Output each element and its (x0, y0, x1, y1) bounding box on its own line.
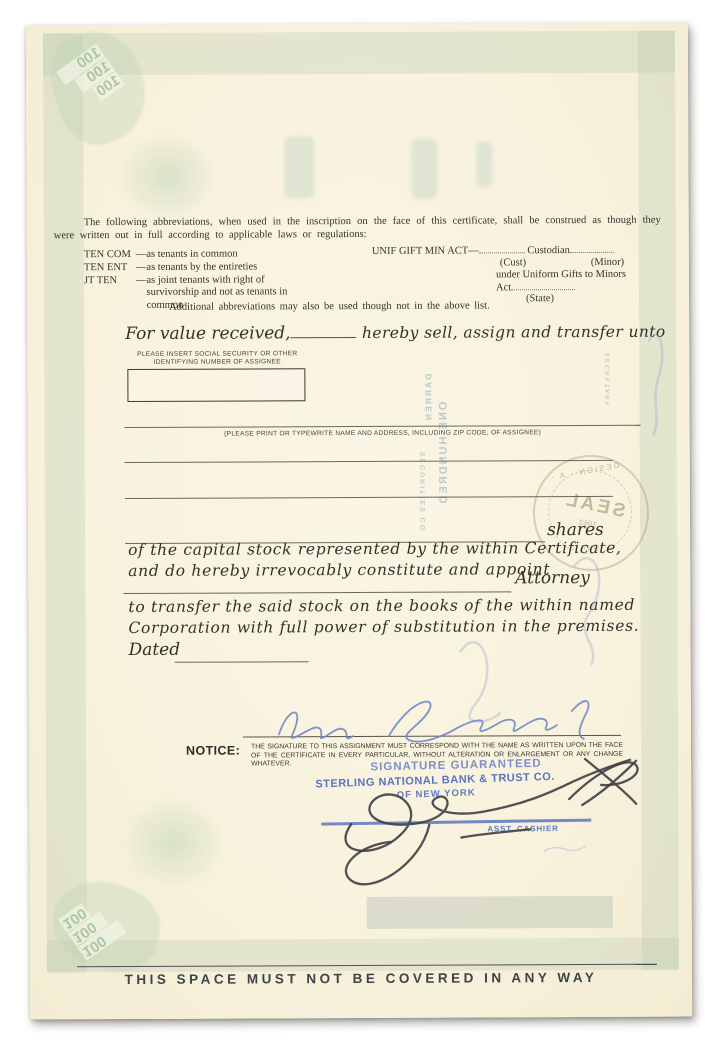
abbreviation-definition: as tenants in common (146, 249, 237, 262)
seal-arc-text: DESIGN - A - (549, 461, 621, 483)
showthrough-text-secretary: SECRETARY (605, 353, 611, 417)
assignor-blank (291, 337, 357, 338)
assignment-text-line2: and do hereby irrevocably constitute and… (128, 560, 550, 580)
for-value-received-line: For value received, hereby sell, assign … (125, 322, 665, 344)
notice-label: NOTICE: (186, 744, 240, 758)
dotted-leader (511, 281, 575, 290)
dotted-leader (479, 244, 525, 253)
seal-center-text: SEAL (561, 489, 627, 523)
showthrough-text-one-hundred: ONE HUNDRED (437, 402, 450, 527)
stamp-asst-cashier: ASST. CASHIER (487, 824, 558, 833)
showthrough-text-securities: SECURITIES CO (420, 452, 427, 538)
showthrough-border-top (43, 31, 675, 76)
assignee-address-caption: (PLEASE PRINT OR TYPEWRITE NAME AND ADDR… (125, 429, 641, 438)
abbreviation-row: TEN ENT — as tenants by the entireties (84, 261, 314, 275)
showthrough-corner-ornament-topleft (39, 20, 160, 155)
abbreviation-term: TEN COM (84, 249, 136, 262)
showthrough-lettering-smudge (284, 136, 314, 198)
dotted-leader (570, 244, 614, 253)
assignee-blank-line (125, 460, 613, 463)
act-label: Act (496, 282, 511, 293)
abbreviation-definition: as tenants by the entireties (146, 261, 257, 274)
unif-gift-min-act-block: UNIF GIFT MIN ACT— Custodian (Cust) (Min… (372, 244, 662, 245)
for-value-received-text: For value received, (125, 323, 290, 344)
abbreviation-term: TEN ENT (84, 262, 136, 275)
dash: — (136, 249, 147, 262)
showthrough-medallion-top (115, 131, 217, 223)
shares-word: shares (547, 520, 604, 540)
ssn-instruction-line2: IDENTIFYING NUMBER OF ASSIGNEE (127, 358, 307, 367)
bottom-rule (77, 964, 657, 968)
assignment-text-line3: to transfer the said stock on the books … (128, 596, 635, 616)
dated-label: Dated (129, 640, 181, 660)
showthrough-border-right (638, 31, 679, 970)
bottom-notice: THIS SPACE MUST NOT BE COVERED IN ANY WA… (30, 970, 692, 988)
dash: — (136, 275, 147, 313)
dash: — (136, 262, 147, 275)
minor-caption: (Minor) (591, 257, 624, 268)
cust-caption: (Cust) (500, 257, 526, 268)
assignor-signature-rule (243, 735, 621, 738)
showthrough-medallion-bottom (119, 795, 227, 891)
abbreviation-term: JT TEN (84, 275, 136, 314)
showthrough-border-left (43, 33, 87, 972)
custodian-label: Custodian (527, 245, 570, 256)
showthrough-border-bottom (47, 938, 679, 973)
under-uniform-gifts: under Uniform Gifts to Minors (496, 269, 626, 281)
ssn-entry-box (127, 368, 305, 402)
certificate-back-sheet: 100100100 100100100 DARREN ONE HUNDRED S… (26, 23, 692, 1020)
scanned-certificate-page: 100100100 100100100 DARREN ONE HUNDRED S… (0, 0, 720, 1043)
attorney-blank-line (123, 591, 511, 594)
showthrough-lettering-smudge (411, 139, 437, 199)
showthrough-100-ornament-bottomleft: 100100100 (58, 892, 127, 961)
showthrough-100-ornament-topleft: 100100100 (56, 44, 125, 113)
assignee-name-rule (125, 425, 641, 428)
additional-abbreviations-note: Additional abbreviations may also be use… (169, 300, 490, 312)
abbreviation-row: TEN COM — as tenants in common (84, 248, 314, 262)
assignment-text-line1: of the capital stock represented by the … (128, 539, 622, 559)
assignee-blank-line (125, 496, 613, 499)
ssn-instruction: PLEASE INSERT SOCIAL SECURITY OR OTHER I… (127, 350, 307, 367)
hereby-sell-text: hereby sell, assign and transfer unto (362, 323, 666, 342)
unif-gift-label: UNIF GIFT MIN ACT— (372, 245, 479, 256)
stamp-of-new-york: OF NEW YORK (386, 787, 486, 801)
dated-blank-line (175, 661, 309, 663)
unif-gift-line: UNIF GIFT MIN ACT— Custodian (372, 244, 614, 257)
showthrough-lettering-smudge (476, 141, 492, 187)
showthrough-text-darren: DARREN (423, 374, 433, 426)
state-caption: (State) (526, 293, 554, 304)
showthrough-corner-ornament-bottomleft (43, 872, 168, 981)
attorney-word: Attorney (515, 568, 590, 588)
assignment-text-line4: Corporation with full power of substitut… (128, 617, 639, 637)
showthrough-gray-band (367, 896, 613, 929)
abbreviations-intro: The following abbreviations, when used i… (54, 214, 661, 243)
act-line: Act (496, 281, 575, 293)
